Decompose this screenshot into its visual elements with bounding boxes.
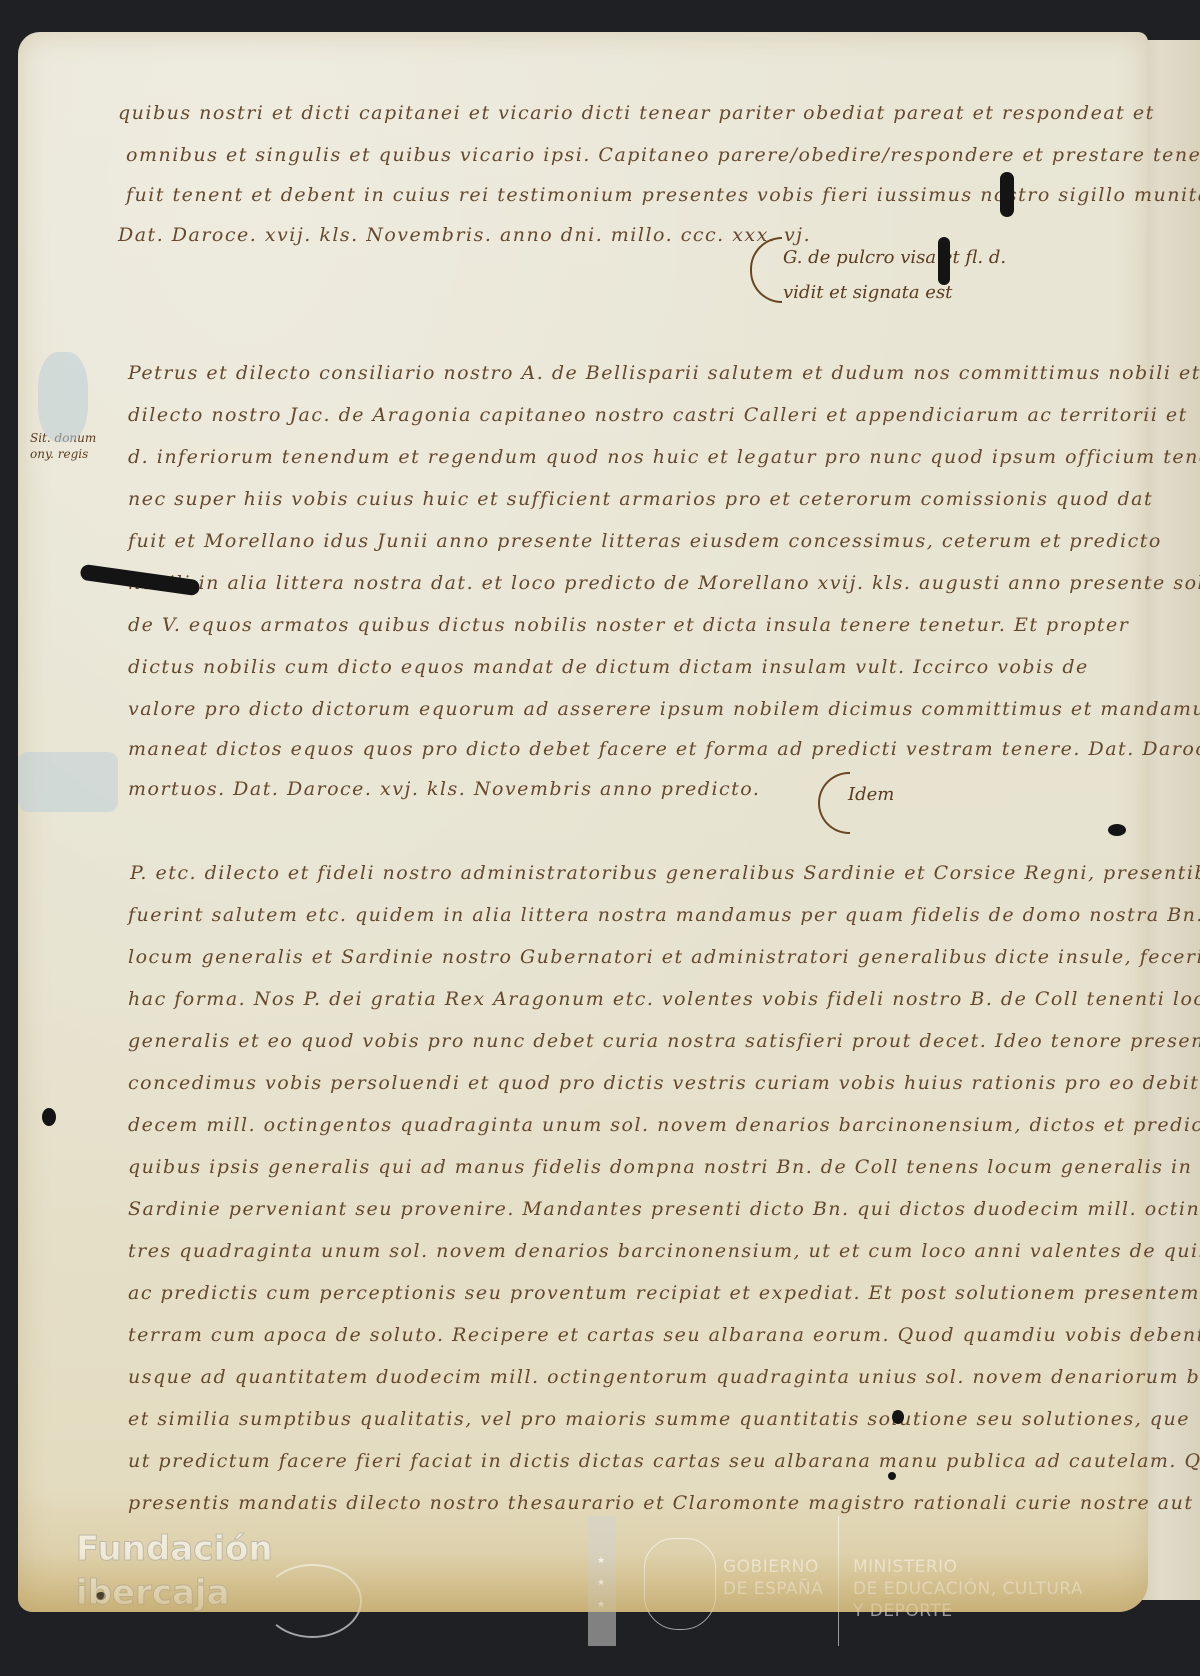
text-line: dilecto nostro Jac. de Aragonia capitane… — [128, 404, 1188, 426]
text-line: quibus ipsis generalis qui ad manus fide… — [128, 1156, 1192, 1178]
text-line: fuerint salutem etc. quidem in alia litt… — [128, 904, 1200, 926]
text-line: omnibus et singulis et quibus vicario ip… — [126, 144, 1200, 166]
text-line: Petrus et dilecto consiliario nostro A. … — [128, 362, 1200, 384]
text-line: usque ad quantitatem duodecim mill. octi… — [128, 1366, 1200, 1388]
text-line: presentis mandatis dilecto nostro thesau… — [128, 1492, 1200, 1514]
registration-note: Idem — [848, 784, 894, 805]
text-line: Dat. Daroce. xvij. kls. Novembris. anno … — [118, 224, 811, 246]
text-line: ut predictum facere fieri faciat in dict… — [128, 1450, 1200, 1472]
text-line: Sardinie perveniant seu provenire. Manda… — [128, 1198, 1200, 1220]
ink-blot — [42, 1108, 56, 1126]
ink-blot — [1000, 172, 1014, 217]
text-line: decem mill. octingentos quadraginta unum… — [128, 1114, 1200, 1136]
gobierno-watermark: ★ ★ ★ GOBIERNO DE ESPAÑA MINISTERIO DE E… — [588, 1516, 1188, 1646]
text-line: generalis et eo quod vobis pro nunc debe… — [128, 1030, 1200, 1052]
text-line: d. inferiorum tenendum et regendum quod … — [128, 446, 1200, 468]
text-line: fuit tenent et debent in cuius rei testi… — [126, 184, 1200, 206]
text-line: terram cum apoca de soluto. Recipere et … — [128, 1324, 1200, 1346]
text-line: concedimus vobis persoluendi et quod pro… — [128, 1072, 1200, 1094]
registration-note: vidit et signata est — [783, 282, 952, 303]
ink-blot — [96, 1592, 106, 1600]
text-line: locum generalis et Sardinie nostro Guber… — [128, 946, 1200, 968]
text-line: valore pro dicto dictorum equorum ad ass… — [128, 698, 1200, 720]
text-line: de V. equos armatos quibus dictus nobili… — [128, 614, 1129, 636]
text-line: quibus nostri et dicti capitanei et vica… — [118, 102, 1155, 124]
gobierno-label: GOBIERNO DE ESPAÑA — [723, 1556, 823, 1600]
star-icon: ★ — [597, 1556, 605, 1566]
text-line: dictus nobilis cum dicto equos mandat de… — [128, 656, 1089, 678]
text-line: ac predictis cum perceptionis seu proven… — [128, 1282, 1200, 1304]
text-line: nobili in alia littera nostra dat. et lo… — [128, 572, 1200, 594]
ink-blot — [938, 237, 950, 285]
text-line: mortuos. Dat. Daroce. xvj. kls. Novembri… — [128, 778, 760, 800]
text-line: maneat dictos equos quos pro dicto debet… — [128, 738, 1200, 760]
water-stain — [38, 352, 88, 442]
text-line: nec super hiis vobis cuius huic et suffi… — [128, 488, 1153, 510]
ministerio-label: MINISTERIO DE EDUCACIÓN, CULTURA Y DEPOR… — [853, 1556, 1083, 1622]
coat-of-arms-icon — [644, 1538, 716, 1630]
flag-bar-icon: ★ ★ ★ — [588, 1516, 616, 1646]
water-stain — [18, 752, 118, 812]
watermark-divider — [838, 1516, 839, 1646]
text-line: tres quadraginta unum sol. novem denario… — [128, 1240, 1200, 1262]
registration-note: G. de pulcro visa et fl. d. — [783, 247, 1006, 268]
text-line: P. etc. dilecto et fideli nostro adminis… — [130, 862, 1200, 884]
ibercaja-watermark: Fundación ibercaja — [76, 1527, 273, 1615]
text-line: fuit et Morellano idus Junii anno presen… — [128, 530, 1162, 552]
star-icon: ★ — [597, 1578, 605, 1588]
text-line: et similia sumptibus qualitatis, vel pro… — [128, 1408, 1190, 1430]
text-line: hac forma. Nos P. dei gratia Rex Aragonu… — [128, 988, 1200, 1010]
ink-blot — [1108, 824, 1126, 836]
bracket-mark — [750, 237, 782, 303]
ibercaja-logo-icon — [263, 1564, 362, 1638]
ink-blot — [892, 1410, 904, 1424]
bracket-mark — [818, 772, 850, 834]
star-icon: ★ — [597, 1600, 605, 1610]
manuscript-page: quibus nostri et dicti capitanei et vica… — [18, 32, 1148, 1612]
ink-blot — [888, 1472, 896, 1480]
